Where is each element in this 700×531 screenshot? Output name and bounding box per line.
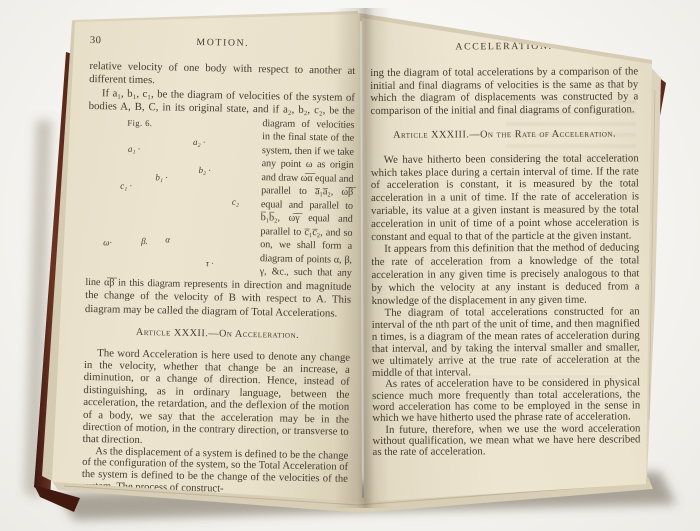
article-xxxiii-heading: Article XXXIII.—On the Rate of Accelerat… <box>371 128 639 142</box>
left-page: 30 MOTION. relative velocity of one body… <box>44 8 374 510</box>
right-page: ACCELERATION. 31 ing the diagram of tota… <box>356 12 656 508</box>
paragraph-we-have-hitherto: We have hitherto been considering the to… <box>371 152 640 243</box>
paragraph-ing-the-diagram: ing the diagram of total accelerations b… <box>370 65 638 118</box>
left-running-head: MOTION. <box>124 35 322 52</box>
figure-point: ω· <box>90 236 112 250</box>
paragraph-diagram-of-velocities: If a₁, b₁, c₁, be the diagram of velocit… <box>85 86 355 320</box>
paragraph-intro: If a₁, b₁, c₁, be the diagram of velocit… <box>89 87 355 117</box>
paragraph-word-acceleration: The word Acceleration is here used to de… <box>82 346 350 450</box>
left-page-header: 30 MOTION. <box>90 34 356 52</box>
article-xxxii-heading: Article XXXII.—On Acceleration. <box>84 325 350 343</box>
figure-point: c₁ · <box>107 179 132 193</box>
book-photo: 30 MOTION. relative velocity of one body… <box>0 0 700 531</box>
figure-point: b₂ · <box>185 163 210 177</box>
paragraph-as-rates: As rates of acceleration have to be cons… <box>372 378 640 425</box>
figure-point: a₂ · <box>180 135 205 149</box>
figure-point: a₁ · <box>115 142 140 156</box>
figure-point: τ · <box>193 256 214 270</box>
figure-point: c₂ <box>219 195 239 209</box>
left-header-spacer <box>322 47 356 48</box>
figure-point: β. <box>128 234 148 248</box>
paragraph-it-appears: It appears from this definition that the… <box>371 242 639 308</box>
paragraph-diagram-constructed: The diagram of total accelerations const… <box>372 306 640 380</box>
figure-label: Fig. 6. <box>114 116 152 130</box>
left-page-text: 30 MOTION. relative velocity of one body… <box>82 34 356 497</box>
figure-point: b₁ · <box>142 170 167 184</box>
paragraph-in-future: In future, therefore, when we use the wo… <box>372 423 640 458</box>
right-page-text: ACCELERATION. 31 ing the diagram of tota… <box>370 40 641 457</box>
left-page-number: 30 <box>90 34 124 48</box>
figure-point: α <box>152 233 170 247</box>
figure-6: Fig. 6.a₂ ·a₁ ·b₂ ·b₁ ·c₁ ·c₂ω·β.ατ · <box>86 115 255 270</box>
